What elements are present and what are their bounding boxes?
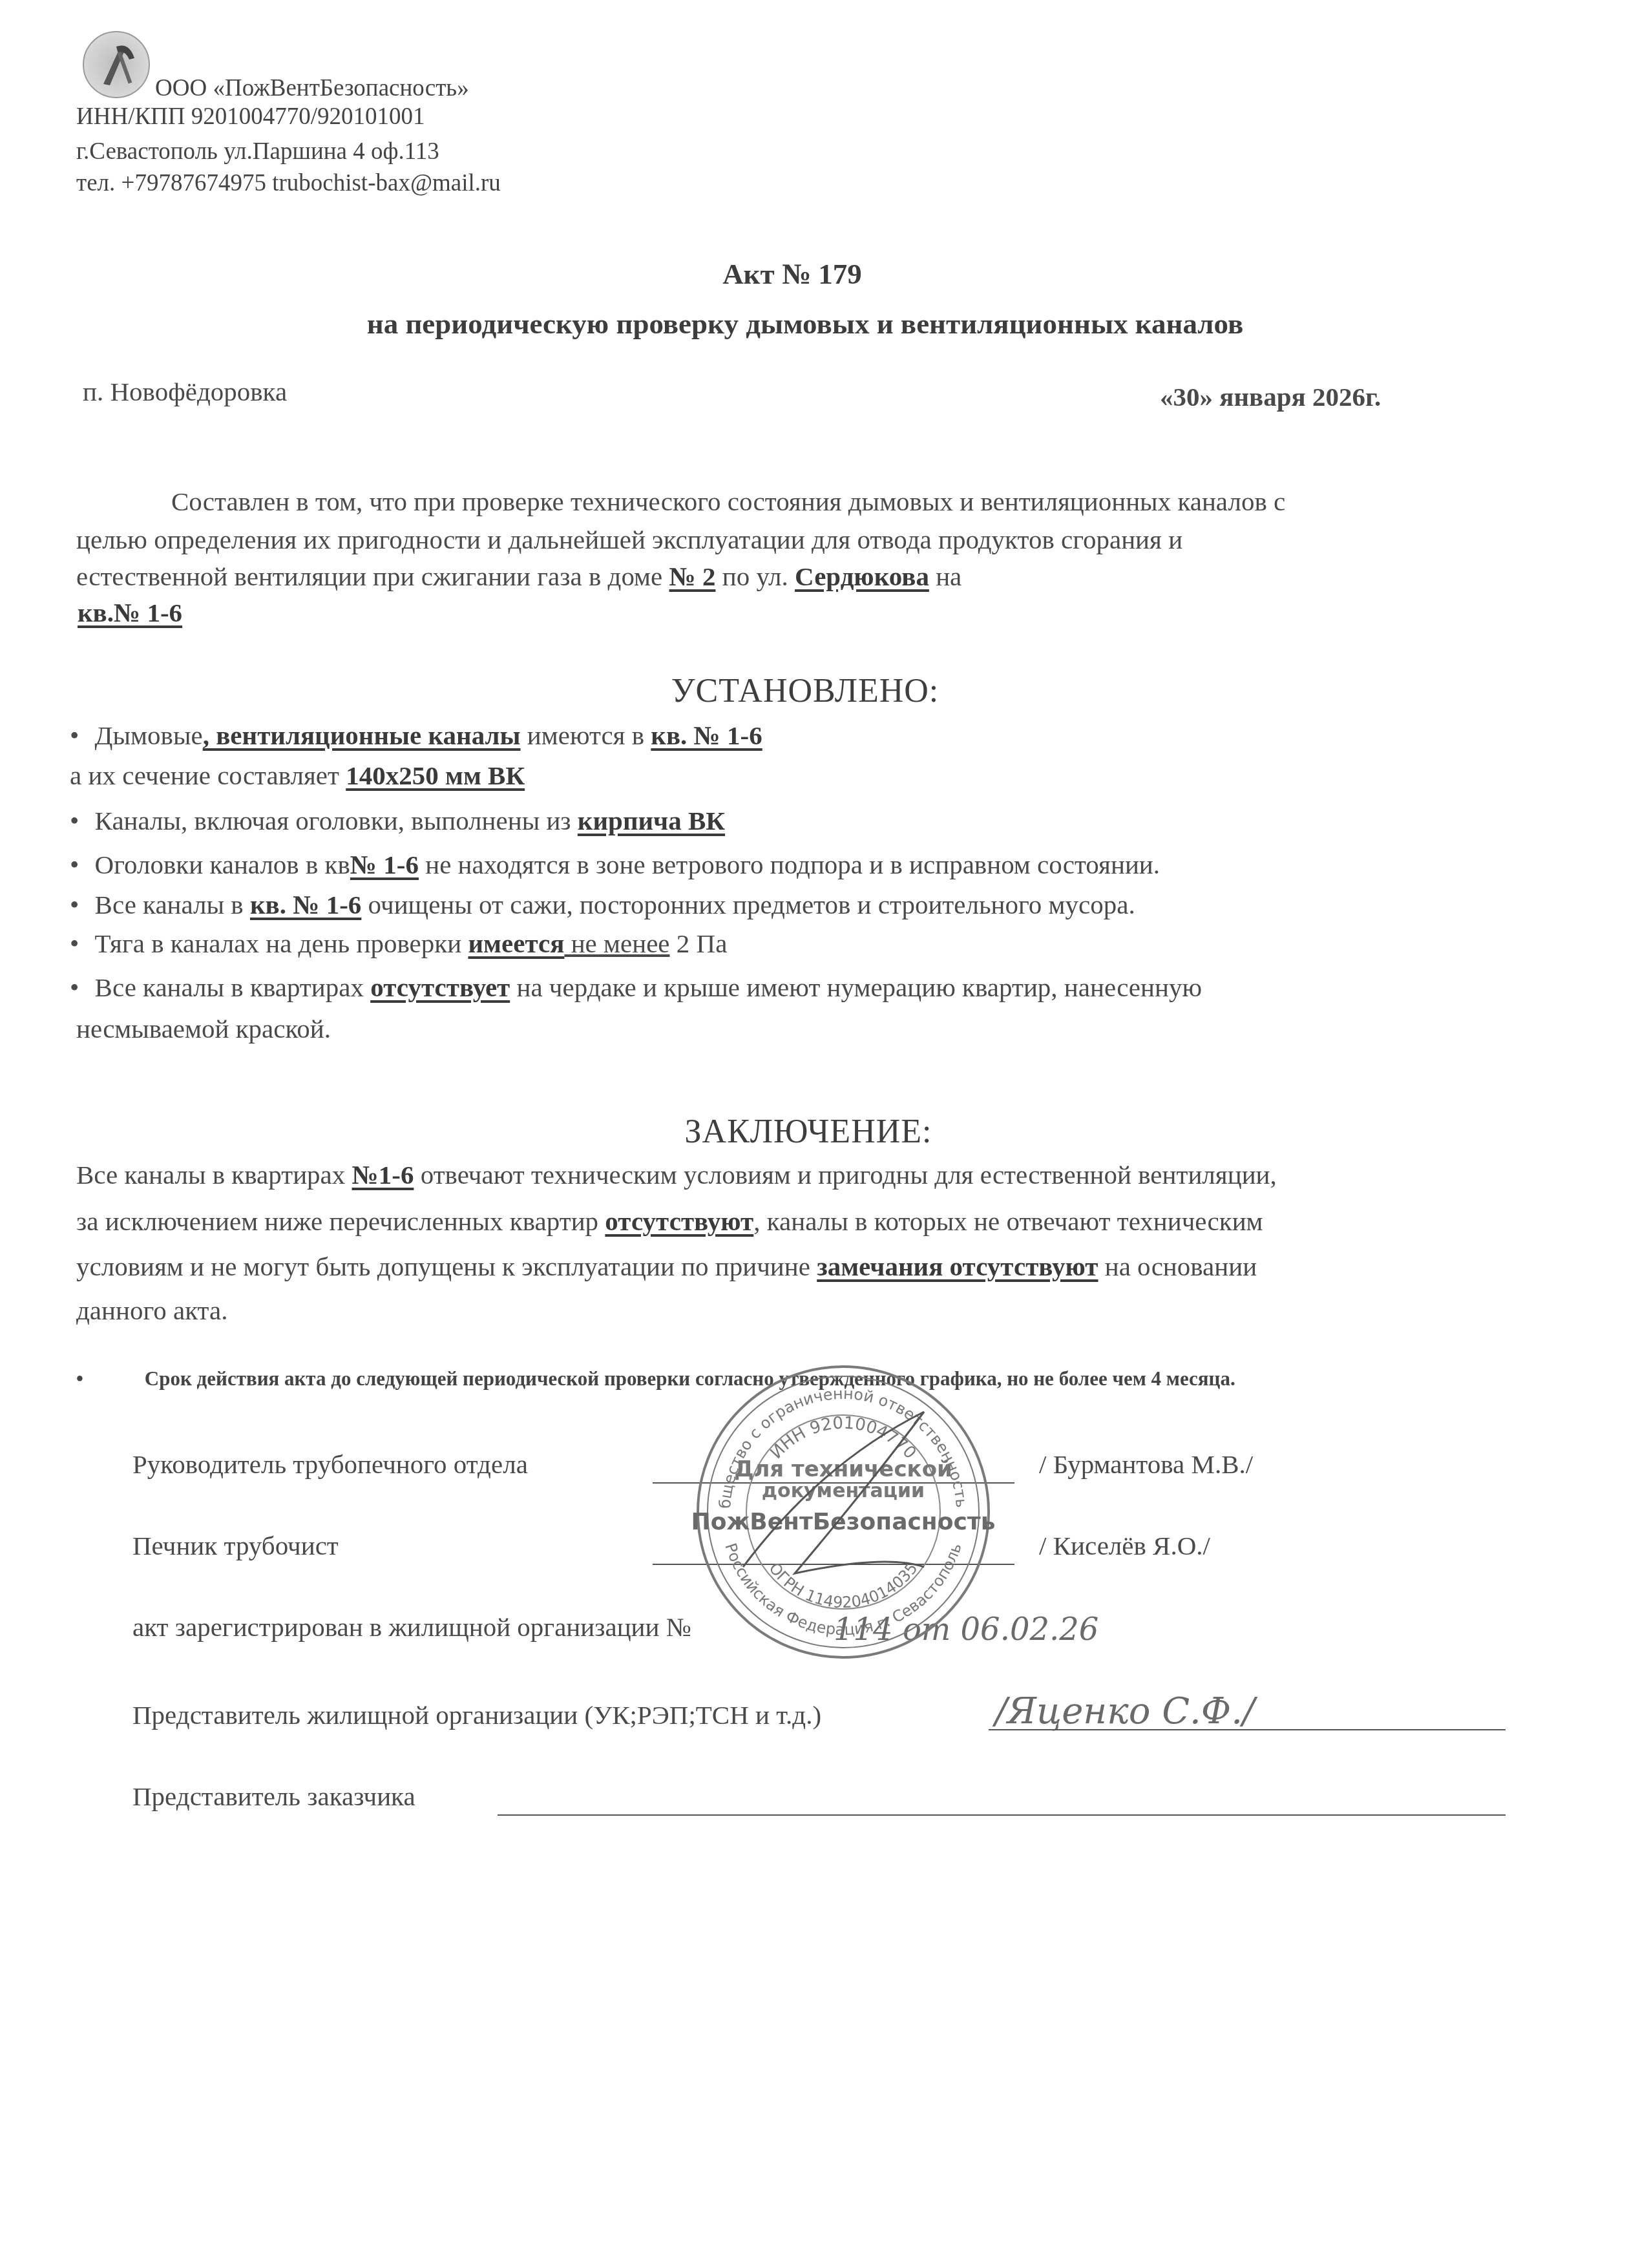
head-label: Руководитель трубопечного отдела [132,1451,528,1478]
date: «30» января 2026г. [1160,384,1381,410]
company-contact: тел. +79787674975 trubochist-bax@mail.ru [76,171,501,195]
svg-text:ИНН 9201004770: ИНН 9201004770 [767,1413,920,1462]
intro-line-1: Составлен в том, что при проверке технич… [171,488,1285,515]
established-item-1: Дымовые, вентиляционные каналы имеются в… [70,722,762,749]
conclusion-line-2: за исключением ниже перечисленных кварти… [76,1208,1263,1235]
chimney-sweep-label: Печник трубочист [132,1533,339,1559]
place: п. Новофёдоровка [83,379,287,405]
customer-rep-signature-line [498,1814,1506,1816]
housing-rep-label: Представитель жилищной организации (УК;Р… [132,1702,821,1728]
svg-text:Российская Федерация г. Севаст: Российская Федерация г. Севастополь [721,1541,965,1639]
conclusion-line-3: условиям и не могут быть допущены к эксп… [76,1254,1257,1280]
established-item-6: Все каналы в квартирах отсутствует на че… [70,974,1202,1001]
company-seal-stamp: Общество с ограниченной ответственностью… [691,1360,995,1664]
established-item-6-cont: несмываемой краской. [76,1016,331,1042]
established-item-3: Оголовки каналов в кв№ 1-6 не находятся … [70,852,1160,878]
established-item-5: Тяга в каналах на день проверки имеется … [70,930,727,957]
house-number: № 2 [669,562,716,591]
established-item-4: Все каналы в кв. № 1-6 очищены от сажи, … [70,892,1135,918]
validity-note: •Срок действия акта до следующей периоди… [76,1367,1235,1391]
svg-text:Для технической: Для технической [734,1456,952,1482]
customer-rep-label: Представитель заказчика [132,1783,415,1810]
established-item-2: Каналы, включая оголовки, выполнены из к… [70,808,725,834]
act-number: Акт № 179 [0,257,1617,291]
conclusion-line-1: Все каналы в квартирах №1-6 отвечают тех… [76,1162,1277,1188]
company-name: ООО «ПожВентБезопасность» [155,76,469,100]
svg-text:«ПожВентБезопасность»: «ПожВентБезопасность» [691,1509,995,1535]
established-heading: УСТАНОВЛЕНО: [0,672,1630,710]
chimney-sweep-name: / Киселёв Я.О./ [1039,1533,1210,1559]
conclusion-heading: ЗАКЛЮЧЕНИЕ: [0,1113,1633,1151]
housing-rep-signature-line [989,1729,1506,1730]
street-name: Сердюкова [795,562,929,591]
svg-text:ОГРН 1149204014035: ОГРН 1149204014035 [765,1559,921,1612]
intro-line-3: естественной вентиляции при сжигании газ… [76,563,961,590]
intro-line-2: целью определения их пригодности и дальн… [76,527,1182,553]
company-address: г.Севастополь ул.Паршина 4 оф.113 [76,140,439,163]
established-item-1b: а их сечение составляет 140х250 мм ВК [70,762,525,789]
svg-text:документации: документации [762,1480,925,1502]
head-name: / Бурмантова М.В./ [1039,1451,1253,1478]
apartments: кв.№ 1-6 [78,598,182,627]
company-inn-kpp: ИНН/КПП 9201004770/920101001 [76,105,425,129]
company-logo-icon [83,31,150,98]
housing-rep-signature: /Яценко С.Ф./ [995,1690,1255,1732]
act-subtitle: на периодическую проверку дымовых и вент… [0,307,1630,341]
conclusion-line-4: данного акта. [76,1297,227,1324]
registered-label: акт зарегистрирован в жилищной организац… [132,1614,691,1641]
